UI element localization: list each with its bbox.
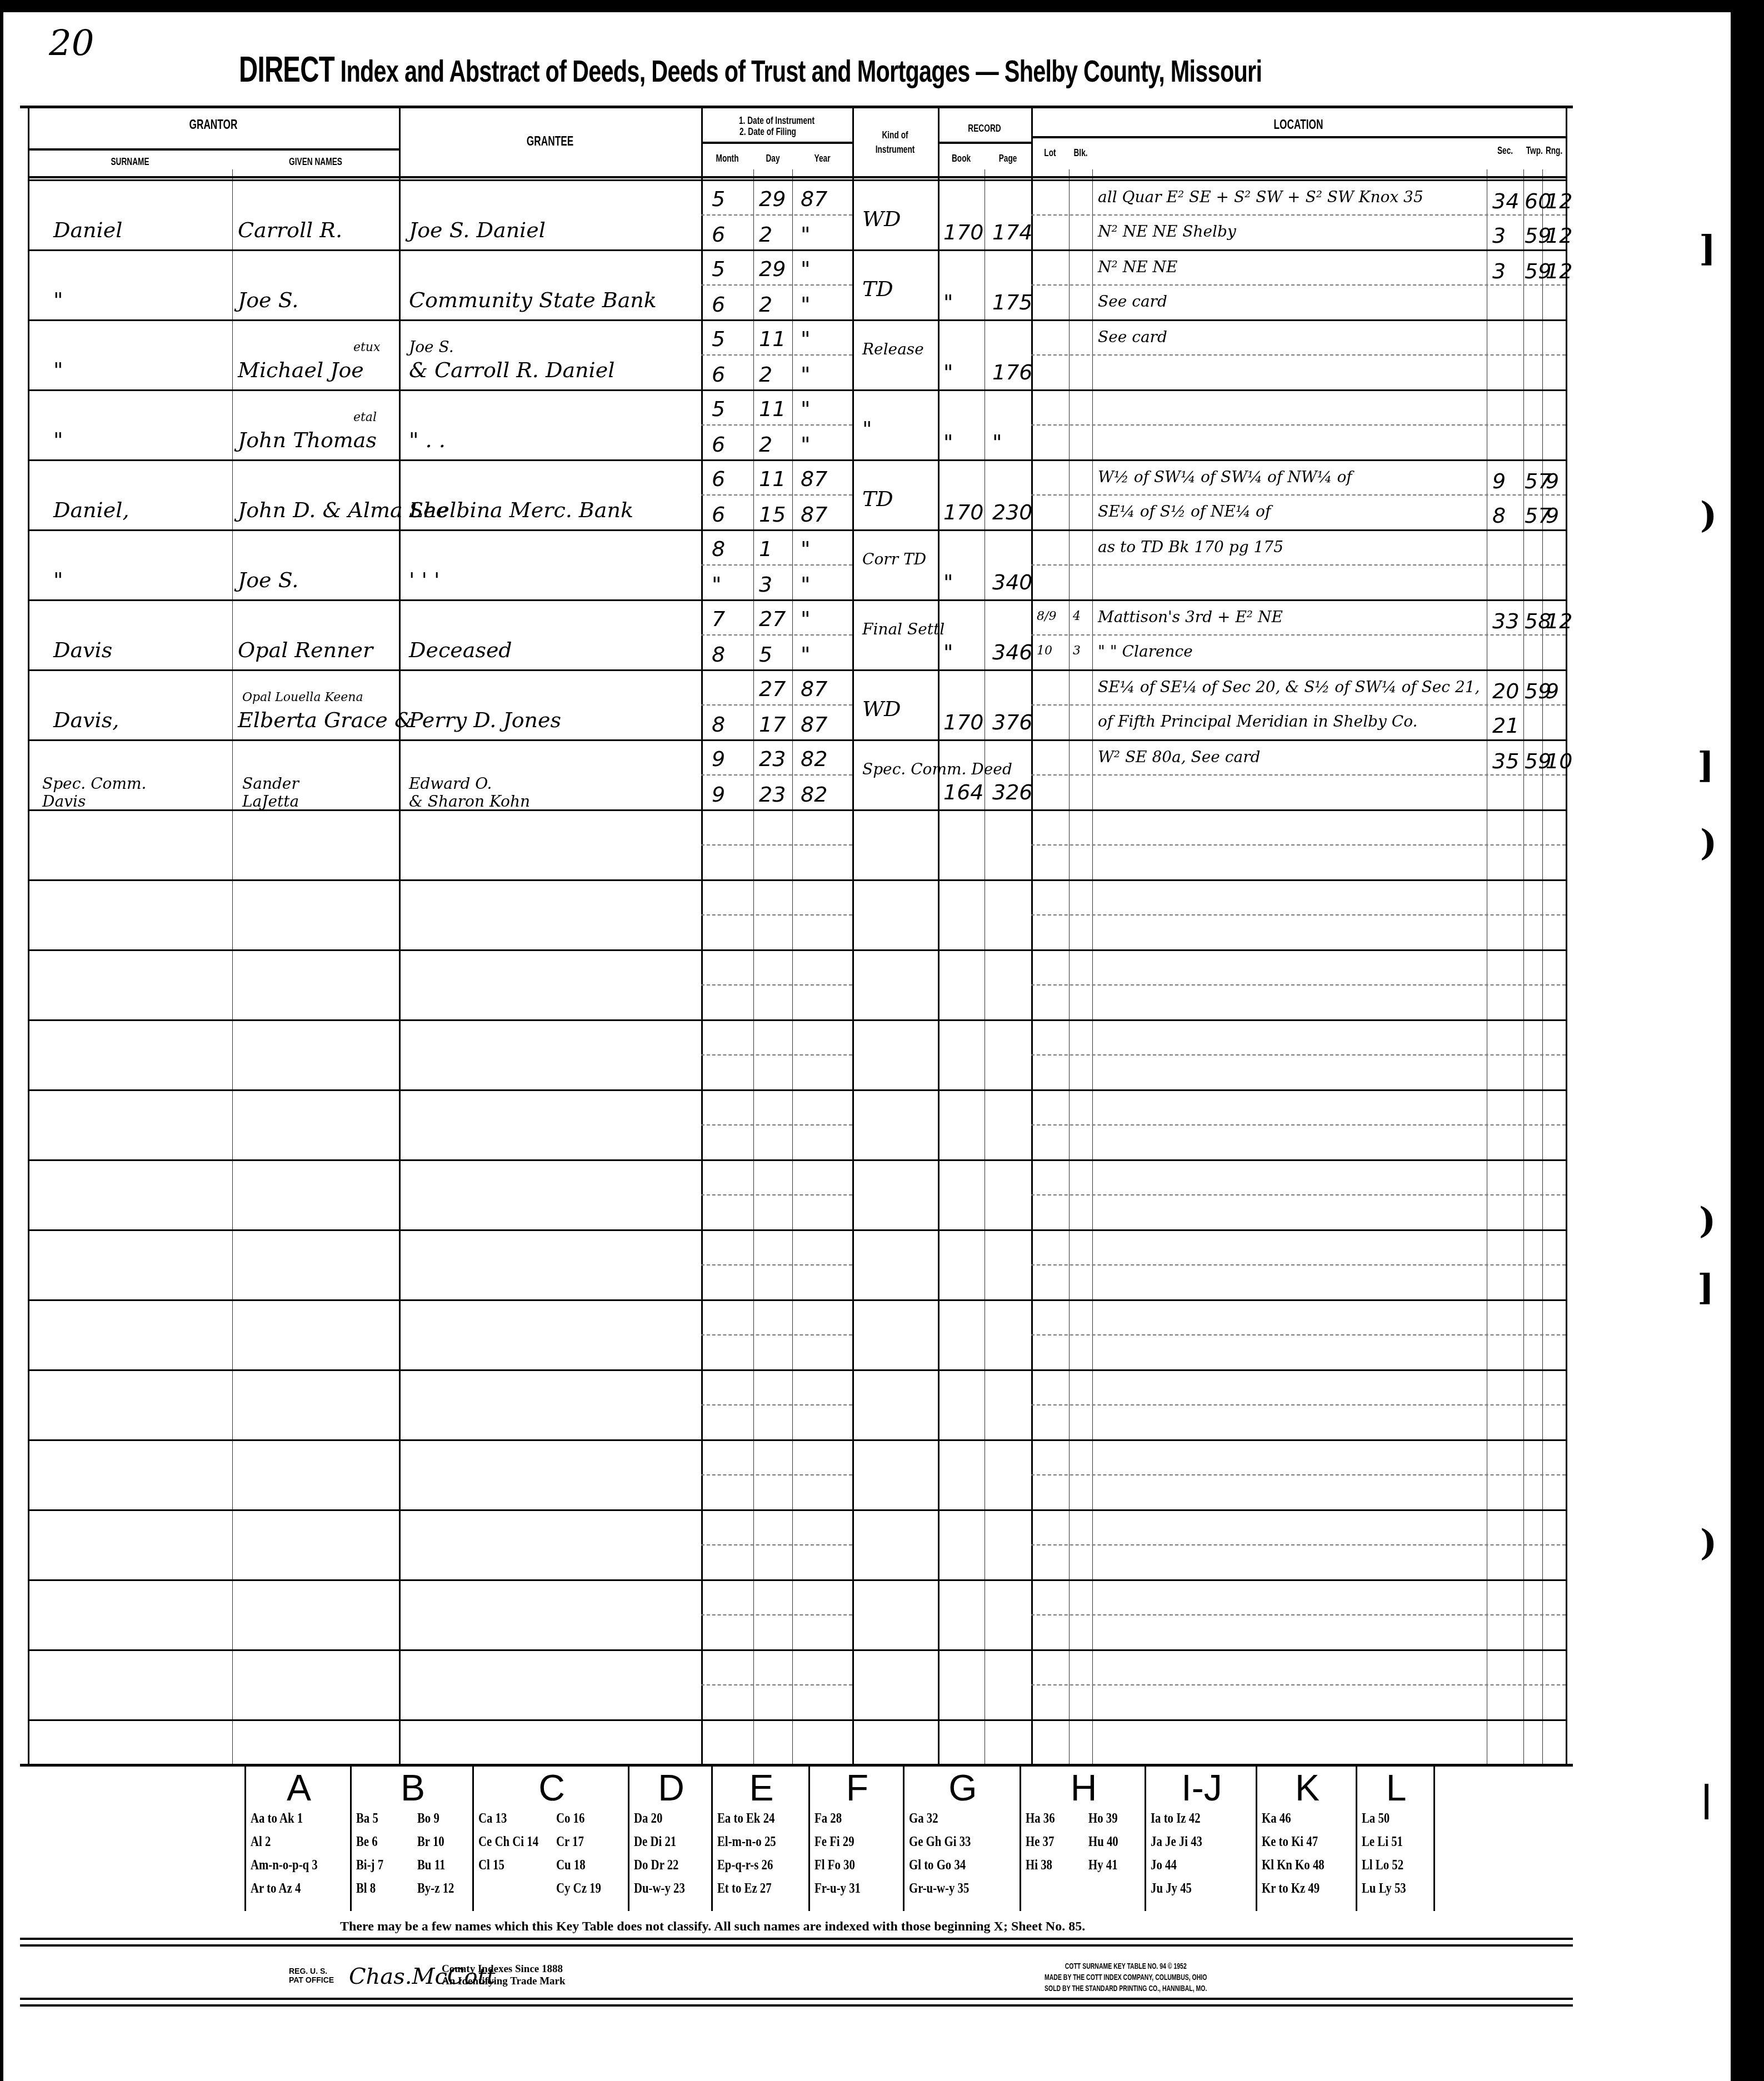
filing-date-part: " <box>801 224 810 245</box>
key-column-d: DDa 20De Di 21Do Dr 22Du-w-y 23 <box>628 1767 713 1911</box>
instrument-date-part: 29 <box>759 188 786 209</box>
row-rule <box>28 1719 1566 1721</box>
section-number: 9 <box>1492 471 1506 492</box>
row-mid-rule <box>1031 1124 1566 1125</box>
section-number: 8 <box>1492 505 1506 526</box>
location-description: as to TD Bk 170 pg 175 <box>1098 539 1283 555</box>
key-entry: Am-n-o-p-q 3 <box>251 1857 318 1873</box>
grantee-name: & Sharon Kohn <box>409 794 530 809</box>
divider <box>20 1938 1573 1940</box>
ledger-table: GRANTORSURNAMEGIVEN NAMESGRANTEE1. Date … <box>20 106 1573 1767</box>
row-rule <box>28 879 1566 881</box>
grantor-given-names: Joe S. <box>238 289 298 311</box>
key-entry: De Di 21 <box>634 1833 676 1850</box>
key-entry: Jo 44 <box>1151 1857 1177 1873</box>
grantor-given-names: Carroll R. <box>238 219 342 241</box>
kind-header-2: Instrument <box>864 144 926 156</box>
publisher-line: COTT SURNAME KEY TABLE NO. 94 © 1952 <box>1045 1961 1207 1972</box>
key-letter: L <box>1357 1767 1435 1809</box>
key-entry: Br 10 <box>417 1833 444 1850</box>
grantor-given-names: Sander <box>242 776 299 792</box>
grantor-given-names: Opal Renner <box>238 639 373 661</box>
record-page: 340 <box>992 572 1033 593</box>
key-letter: D <box>629 1767 713 1809</box>
record-page: 346 <box>992 642 1033 663</box>
location-description: SE¼ of SE¼ of Sec 20, & S½ of SW¼ of Sec… <box>1098 679 1480 695</box>
instrument-date-part: 27 <box>759 678 786 699</box>
key-column-l: LLa 50Le Li 51Ll Lo 52Lu Ly 53 <box>1356 1767 1435 1911</box>
range-number: 12 <box>1546 225 1572 246</box>
row-rule <box>28 1019 1566 1021</box>
filing-date-part: " <box>801 294 810 315</box>
key-entry: Kr to Kz 49 <box>1262 1880 1320 1897</box>
dates-header-rule <box>701 142 852 144</box>
instrument-date-part: 27 <box>759 608 786 629</box>
ledger-row[interactable]: Daniel,John D. & Alma LeeShelbina Merc. … <box>20 459 1573 529</box>
key-entry: Et to Ez 27 <box>717 1880 772 1897</box>
row-mid-rule <box>701 1684 852 1685</box>
filing-date-part: " <box>712 574 721 595</box>
grantee-name: " . . <box>409 429 446 451</box>
range-number: 9 <box>1546 505 1559 526</box>
grantor-name-note: etux <box>353 342 380 354</box>
instrument-date-part: " <box>801 328 810 349</box>
location-header: LOCATION <box>1106 117 1491 133</box>
key-entry: Ha 36 <box>1026 1810 1055 1827</box>
grantee-name-note: Joe S. <box>409 339 454 355</box>
row-mid-rule <box>1031 1334 1566 1335</box>
key-letter: B <box>352 1767 474 1809</box>
instrument-date-part: 11 <box>759 398 786 419</box>
key-letter: C <box>474 1767 629 1809</box>
location-description: Mattison's 3rd + E² NE <box>1098 609 1283 625</box>
instrument-kind: Corr TD <box>862 552 926 567</box>
location-description: W½ of SW¼ of SW¼ of NW¼ of <box>1098 469 1352 485</box>
page-header: Page <box>991 153 1025 165</box>
key-entry: Ho 39 <box>1088 1810 1118 1827</box>
filing-date-part: 23 <box>759 784 786 805</box>
key-entry: Cu 18 <box>556 1857 586 1873</box>
grantor-given-names: Joe S. <box>238 569 298 591</box>
key-entry: Bo 9 <box>417 1810 439 1827</box>
row-rule <box>28 949 1566 951</box>
key-column-i-j: I-JIa to Iz 42Ja Je Ji 43Jo 44Ju Jy 45 <box>1145 1767 1257 1911</box>
row-rule <box>28 1299 1566 1301</box>
instrument-date-part: 87 <box>801 468 827 489</box>
instrument-date-part: 5 <box>712 188 725 209</box>
row-mid-rule <box>701 1334 852 1335</box>
row-mid-rule <box>1031 1614 1566 1615</box>
row-mid-rule <box>701 1264 852 1265</box>
reg-notice: REG. U. S.PAT OFFICE <box>289 1967 334 1984</box>
grantor-given-names: Michael Joe <box>238 359 364 381</box>
key-entry: Fa 28 <box>814 1810 842 1827</box>
row-mid-rule <box>701 1194 852 1195</box>
grantee-name: Perry D. Jones <box>409 709 561 731</box>
range-number: 12 <box>1546 611 1572 632</box>
key-column-e: EEa to Ek 24El-m-n-o 25Ep-q-r-s 26Et to … <box>711 1767 810 1911</box>
filing-date-part: 2 <box>759 224 772 245</box>
ledger-row[interactable]: Davis,Elberta Grace &Opal Louella KeenaP… <box>20 669 1573 739</box>
key-letter: F <box>810 1767 905 1809</box>
month-header: Month <box>708 153 746 165</box>
filing-date-part: 82 <box>801 784 827 805</box>
row-rule <box>28 1649 1566 1651</box>
instrument-kind: Spec. Comm. Deed <box>862 762 1012 777</box>
record-header-rule <box>938 142 1031 144</box>
filing-date-part: " <box>801 434 810 455</box>
grantor-surname: " <box>53 359 63 381</box>
row-mid-rule <box>701 984 852 986</box>
row-mid-rule <box>1031 1684 1566 1685</box>
filing-date-part: 15 <box>759 504 786 525</box>
instrument-date-part: 87 <box>801 678 827 699</box>
binder-tab-icon: ) <box>1699 1200 1716 1242</box>
range-number: 9 <box>1546 681 1559 702</box>
filing-date-part: 3 <box>759 574 772 595</box>
record-page: 174 <box>992 222 1033 243</box>
filing-date-part: 2 <box>759 294 772 315</box>
instrument-date-part: 5 <box>712 398 725 419</box>
instrument-kind: " <box>862 418 872 439</box>
grantor-given-names: Elberta Grace & <box>238 709 413 731</box>
date-filing-header: 2. Date of Filing <box>720 126 816 138</box>
key-letter: I-J <box>1146 1767 1257 1809</box>
key-entry: Hi 38 <box>1026 1857 1052 1873</box>
blk-header: Blk. <box>1072 147 1089 159</box>
record-book: 170 <box>943 222 984 243</box>
publisher-line: MADE BY THE COTT INDEX COMPANY, COLUMBUS… <box>1045 1972 1207 1983</box>
record-book: 170 <box>943 502 984 523</box>
record-book: " <box>943 362 953 383</box>
key-entry: Ka 46 <box>1262 1810 1291 1827</box>
filing-date-part: 6 <box>712 504 725 525</box>
instrument-date-part: 6 <box>712 468 725 489</box>
instrument-kind: WD <box>862 698 901 719</box>
grantor-surname: " <box>53 289 63 311</box>
row-mid-rule <box>1031 914 1566 916</box>
key-entry: By-z 12 <box>417 1880 454 1897</box>
location-description: See card <box>1098 329 1167 345</box>
instrument-date-part: 9 <box>712 748 725 769</box>
key-entry: Bu 11 <box>417 1857 445 1873</box>
location-description: W² SE 80a, See card <box>1098 749 1260 765</box>
divider <box>20 2004 1573 2007</box>
section-number: 20 <box>1492 681 1519 702</box>
key-entry: Ga 32 <box>909 1810 938 1827</box>
key-entry: Fr-u-y 31 <box>814 1880 861 1897</box>
instrument-date-part: 11 <box>759 328 786 349</box>
instrument-date-part: " <box>801 538 810 559</box>
record-page: 175 <box>992 292 1033 313</box>
row-mid-rule <box>701 1404 852 1405</box>
filing-date-part: 6 <box>712 364 725 385</box>
block-number: 4 <box>1073 611 1081 623</box>
grantee-name: & Carroll R. Daniel <box>409 359 614 381</box>
date-instrument-header: 1. Date of Instrument <box>722 115 831 127</box>
key-entry: Bl 8 <box>356 1880 376 1897</box>
key-column-f: FFa 28Fe Fi 29Fl Fo 30Fr-u-y 31 <box>808 1767 905 1911</box>
record-book: 164 <box>943 782 984 803</box>
instrument-kind: Release <box>862 342 924 357</box>
grantor-surname: " <box>53 569 63 591</box>
instrument-date-part: 5 <box>712 328 725 349</box>
key-entry: Gr-u-w-y 35 <box>909 1880 969 1897</box>
trademark-text: County Indexes Since 1888An Identifying … <box>442 1963 566 1988</box>
location-description: " " Clarence <box>1098 644 1193 659</box>
key-letter: E <box>713 1767 810 1809</box>
row-mid-rule <box>1031 1544 1566 1545</box>
grantor-surname: " <box>53 429 63 451</box>
key-entry: Ar to Az 4 <box>251 1880 301 1897</box>
key-column-h: HHa 36He 37Hi 38Ho 39Hu 40Hy 41 <box>1020 1767 1146 1911</box>
grantor-name-note: Opal Louella Keena <box>242 692 363 704</box>
row-mid-rule <box>701 1474 852 1475</box>
key-entry: Do Dr 22 <box>634 1857 679 1873</box>
filing-date-part: 17 <box>759 714 786 735</box>
title-prefix: DIRECT <box>239 49 334 89</box>
range-number: 12 <box>1546 191 1572 212</box>
grantor-name-note: etal <box>353 412 377 424</box>
row-rule <box>28 1229 1566 1231</box>
grantee-name: Shelbina Merc. Bank <box>409 499 633 521</box>
instrument-date-part: 82 <box>801 748 827 769</box>
row-rule <box>28 1439 1566 1441</box>
section-number: 35 <box>1492 751 1519 772</box>
key-entry: Bi-j 7 <box>356 1857 383 1873</box>
filing-date-part: " <box>801 644 810 665</box>
key-column-a: AAa to Ak 1Al 2Am-n-o-p-q 3Ar to Az 4 <box>244 1767 352 1911</box>
instrument-kind: WD <box>862 208 901 229</box>
lot-header: Lot <box>1037 147 1064 159</box>
ledger-row[interactable]: Spec. Comm.DavisSanderLaJettaEdward O.& … <box>20 739 1573 809</box>
row-mid-rule <box>1031 1474 1566 1475</box>
tm-line: An Identifying Trade Mark <box>442 1975 566 1988</box>
row-mid-rule <box>1031 1194 1566 1195</box>
instrument-date-part: 1 <box>759 538 772 559</box>
row-mid-rule <box>701 914 852 916</box>
filing-date-part: 5 <box>759 644 772 665</box>
row-mid-rule <box>1031 1404 1566 1405</box>
binder-tab-icon: ] <box>1699 228 1716 269</box>
key-entry: Aa to Ak 1 <box>251 1810 303 1827</box>
key-entry: Ep-q-r-s 26 <box>717 1857 773 1873</box>
row-mid-rule <box>701 1054 852 1055</box>
grantor-surname: Davis, <box>53 709 119 731</box>
key-entry: Ea to Ek 24 <box>717 1810 774 1827</box>
row-rule <box>28 1159 1566 1161</box>
instrument-date-part: " <box>801 398 810 419</box>
key-entry: Ca 13 <box>478 1810 507 1827</box>
grantee-name: ' ' ' <box>409 569 440 591</box>
ledger-row[interactable]: "Joe S.Community State Bank56292""TD"175… <box>20 249 1573 319</box>
key-entry: Le Li 51 <box>1362 1833 1403 1850</box>
divider <box>20 1944 1573 1947</box>
key-entry: Cr 17 <box>556 1833 584 1850</box>
key-letter: H <box>1021 1767 1146 1809</box>
key-column-c: CCa 13Ce Ch Ci 14Cl 15Co 16Cr 17Cu 18Cy … <box>472 1767 629 1911</box>
binder-tab-icon: ) <box>1700 494 1717 536</box>
record-page: " <box>992 432 1002 453</box>
ledger-row[interactable]: "Joe S.' ' '8"13""Corr TD"340as to TD Bk… <box>20 529 1573 599</box>
rng-header: Rng. <box>1546 145 1562 157</box>
row-mid-rule <box>701 1544 852 1545</box>
ledger-row[interactable]: DavisOpal RennerDeceased78275""Final Set… <box>20 599 1573 669</box>
given-names-header: GIVEN NAMES <box>256 156 376 168</box>
key-entry: Fl Fo 30 <box>814 1857 855 1873</box>
filing-date-part: " <box>801 364 810 385</box>
location-description: N² NE NE <box>1098 259 1177 275</box>
grantor-given-names: John Thomas <box>238 429 377 451</box>
grantor-header-rule <box>28 148 399 151</box>
key-entry: Kl Kn Ko 48 <box>1262 1857 1325 1873</box>
filing-date-part: 2 <box>759 434 772 455</box>
key-letter: K <box>1257 1767 1357 1809</box>
instrument-date-part: 11 <box>759 468 786 489</box>
key-entry: He 37 <box>1026 1833 1054 1850</box>
key-entry: El-m-n-o 25 <box>717 1833 776 1850</box>
instrument-date-part: " <box>801 258 810 279</box>
filing-date-part: 8 <box>712 644 725 665</box>
range-number: 12 <box>1546 261 1572 282</box>
key-entry: Ju Jy 45 <box>1151 1880 1192 1897</box>
key-entry: Hu 40 <box>1088 1833 1118 1850</box>
filing-date-part: " <box>801 574 810 595</box>
key-entry: Da 20 <box>634 1810 662 1827</box>
reg-line: REG. U. S. <box>289 1967 334 1975</box>
key-entry: Ia to Iz 42 <box>1151 1810 1201 1827</box>
location-description: all Quar E² SE + S² SW + S² SW Knox 35 <box>1098 189 1423 205</box>
key-column-k: KKa 46Ke to Ki 47Kl Kn Ko 48Kr to Kz 49 <box>1256 1767 1357 1911</box>
key-entry: Lu Ly 53 <box>1362 1880 1406 1897</box>
row-rule <box>28 1509 1566 1511</box>
instrument-kind: TD <box>862 278 893 299</box>
key-entry: Hy 41 <box>1088 1857 1118 1873</box>
binder-tab-icon: | <box>1700 1778 1713 1819</box>
row-mid-rule <box>1031 984 1566 986</box>
row-mid-rule <box>1031 1264 1566 1265</box>
surname-key-table: AAa to Ak 1Al 2Am-n-o-p-q 3Ar to Az 4BBa… <box>244 1767 1406 1911</box>
instrument-date-part: 5 <box>712 258 725 279</box>
filing-date-part: 6 <box>712 434 725 455</box>
key-table-note: There may be a few names which this Key … <box>340 1919 1085 1934</box>
row-mid-rule <box>701 844 852 846</box>
grantee-name: Community State Bank <box>409 289 657 311</box>
key-entry: Be 6 <box>356 1833 378 1850</box>
key-entry: Cy Cz 19 <box>556 1880 601 1897</box>
grantee-name: Edward O. <box>409 776 492 792</box>
grantor-surname: Daniel <box>53 219 122 241</box>
key-entry: Co 16 <box>556 1810 584 1827</box>
record-page: 326 <box>992 782 1033 803</box>
grantee-name: Deceased <box>409 639 512 661</box>
book-header: Book <box>945 153 978 165</box>
publisher-line: SOLD BY THE STANDARD PRINTING CO., HANNI… <box>1045 1983 1207 1994</box>
section-number: 21 <box>1492 715 1519 736</box>
day-header: Day <box>759 153 787 165</box>
location-description: N² NE NE Shelby <box>1098 224 1236 239</box>
row-mid-rule <box>1031 1054 1566 1055</box>
key-column-g: GGa 32Ge Gh Gi 33Gl to Go 34Gr-u-w-y 35 <box>903 1767 1021 1911</box>
key-entry: Ja Je Ji 43 <box>1151 1833 1202 1850</box>
ledger-row[interactable]: DanielCarroll R.Joe S. Daniel5629287"WD1… <box>20 179 1573 249</box>
grantor-surname: Davis <box>53 639 112 661</box>
range-number: 9 <box>1546 471 1559 492</box>
record-book: " <box>943 572 953 593</box>
grantor-given-names: LaJetta <box>242 794 299 809</box>
filing-date-part: 9 <box>712 784 725 805</box>
location-description: of Fifth Principal Meridian in Shelby Co… <box>1098 714 1417 729</box>
record-book: 170 <box>943 712 984 733</box>
publisher-info: COTT SURNAME KEY TABLE NO. 94 © 1952MADE… <box>1045 1961 1207 1994</box>
location-description: SE¼ of S½ of NE¼ of <box>1098 504 1271 519</box>
record-book: " <box>943 292 953 313</box>
binder-tab-icon: ) <box>1700 1522 1717 1564</box>
kind-header-1: Kind of <box>864 129 926 142</box>
filing-date-part: 6 <box>712 224 725 245</box>
instrument-date-part: 29 <box>759 258 786 279</box>
location-description: See card <box>1098 294 1167 309</box>
instrument-date-part: 7 <box>712 608 725 629</box>
record-book: " <box>943 432 953 453</box>
row-rule <box>28 1369 1566 1371</box>
grantor-surname: Spec. Comm. <box>42 776 146 792</box>
key-entry: Ge Gh Gi 33 <box>909 1833 971 1850</box>
ledger-row[interactable]: "Michael JoeetuxJoe S.& Carroll R. Danie… <box>20 319 1573 389</box>
grantee-name: Joe S. Daniel <box>409 219 546 241</box>
twp-header: Twp. <box>1526 145 1540 157</box>
instrument-date-part: 87 <box>801 188 827 209</box>
row-mid-rule <box>701 1614 852 1615</box>
scan-top-edge <box>0 0 1764 12</box>
key-column-b: BBa 5Be 6Bi-j 7Bl 8Bo 9Br 10Bu 11By-z 12 <box>350 1767 474 1911</box>
filing-date-part: 6 <box>712 294 725 315</box>
row-mid-rule <box>1031 844 1566 846</box>
scan-right-edge <box>1731 0 1764 2081</box>
surname-header: SURNAME <box>57 156 204 168</box>
key-entry: Ll Lo 52 <box>1362 1857 1403 1873</box>
grantor-header: GRANTOR <box>80 117 347 133</box>
filing-date-part: 8 <box>712 714 725 735</box>
key-entry: Al 2 <box>251 1833 271 1850</box>
key-letter: A <box>246 1767 352 1809</box>
instrument-kind: TD <box>862 488 893 509</box>
instrument-date-part: " <box>801 608 810 629</box>
key-entry: Du-w-y 23 <box>634 1880 685 1897</box>
title-rest: Index and Abstract of Deeds, Deeds of Tr… <box>341 53 1262 88</box>
range-number: 10 <box>1546 751 1572 772</box>
ledger-row[interactable]: "John Thomasetal" . .56112""""" <box>20 389 1573 459</box>
row-rule <box>28 1579 1566 1581</box>
key-entry: Ce Ch Ci 14 <box>478 1833 538 1850</box>
grantee-header: GRANTEE <box>441 134 659 149</box>
binder-tab-icon: ] <box>1697 744 1714 786</box>
key-entry: Fe Fi 29 <box>814 1833 854 1850</box>
filing-date-part: 87 <box>801 714 827 735</box>
record-book: " <box>943 642 953 663</box>
filing-date-part: 2 <box>759 364 772 385</box>
key-entry: Cl 15 <box>478 1857 504 1873</box>
section-number: 34 <box>1492 191 1519 212</box>
filing-date-part: 87 <box>801 504 827 525</box>
binder-tab-icon: ] <box>1697 1267 1714 1308</box>
key-entry: Gl to Go 34 <box>909 1857 966 1873</box>
record-header: RECORD <box>951 123 1018 135</box>
tm-line: County Indexes Since 1888 <box>442 1963 566 1975</box>
grantor-surname: Daniel, <box>53 499 129 521</box>
instrument-date-part: 8 <box>712 538 725 559</box>
sec-header: Sec. <box>1492 145 1518 157</box>
